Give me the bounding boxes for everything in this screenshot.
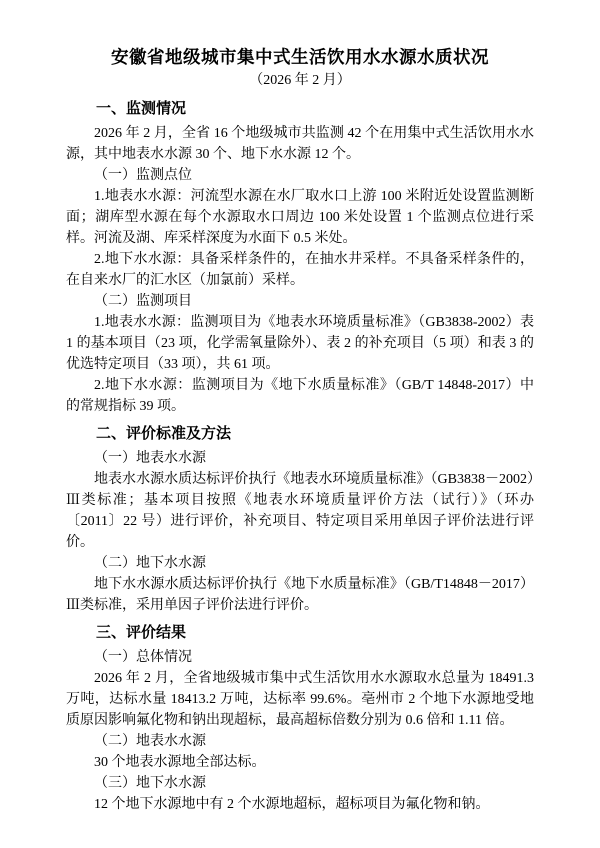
- subsection-heading-surface-water-standard: （一）地表水水源: [66, 448, 534, 469]
- subsection-heading-surface-water-results: （二）地表水水源: [66, 731, 534, 752]
- subsection-heading-monitoring-items: （二）监测项目: [66, 291, 534, 312]
- paragraph-surface-water-standard: 地表水水源水质达标评价执行《地表水环境质量标准》（GB3838－2002）Ⅲ类标…: [66, 469, 534, 553]
- paragraph-surface-water-points: 1.地表水水源：河流型水源在水厂取水口上游 100 米附近处设置监测断面；湖库型…: [66, 186, 534, 249]
- subsection-heading-overall: （一）总体情况: [66, 647, 534, 668]
- paragraph-overall-results: 2026 年 2 月，全省地级城市集中式生活饮用水水源取水总量为 18491.3…: [66, 668, 534, 731]
- document-subtitle: （2026 年 2 月）: [66, 70, 534, 92]
- paragraph-overview: 2026 年 2 月，全省 16 个地级城市共监测 42 个在用集中式生活饮用水…: [66, 123, 534, 165]
- paragraph-groundwater-items: 2.地下水水源：监测项目为《地下水质量标准》（GB/T 14848-2017）中…: [66, 375, 534, 417]
- paragraph-surface-water-items: 1.地表水水源：监测项目为《地表水环境质量标准》（GB3838-2002）表 1…: [66, 312, 534, 375]
- paragraph-groundwater-points: 2.地下水水源：具备采样条件的，在抽水井采样。不具备采样条件的，在自来水厂的汇水…: [66, 249, 534, 291]
- subsection-heading-groundwater-standard: （二）地下水水源: [66, 553, 534, 574]
- document-title: 安徽省地级城市集中式生活饮用水水源水质状况: [66, 44, 534, 70]
- paragraph-groundwater-standard: 地下水水源水质达标评价执行《地下水质量标准》（GB/T14848－2017）Ⅲ类…: [66, 574, 534, 616]
- section-heading-monitoring: 一、监测情况: [66, 98, 534, 120]
- subsection-heading-monitoring-points: （一）监测点位: [66, 165, 534, 186]
- section-heading-standards: 二、评价标准及方法: [66, 423, 534, 445]
- document-page: 安徽省地级城市集中式生活饮用水水源水质状况 （2026 年 2 月） 一、监测情…: [0, 0, 600, 848]
- subsection-heading-groundwater-results: （三）地下水水源: [66, 773, 534, 794]
- section-heading-results: 三、评价结果: [66, 622, 534, 644]
- paragraph-groundwater-results: 12 个地下水源地中有 2 个水源地超标，超标项目为氟化物和钠。: [66, 794, 534, 815]
- paragraph-surface-water-results: 30 个地表水源地全部达标。: [66, 752, 534, 773]
